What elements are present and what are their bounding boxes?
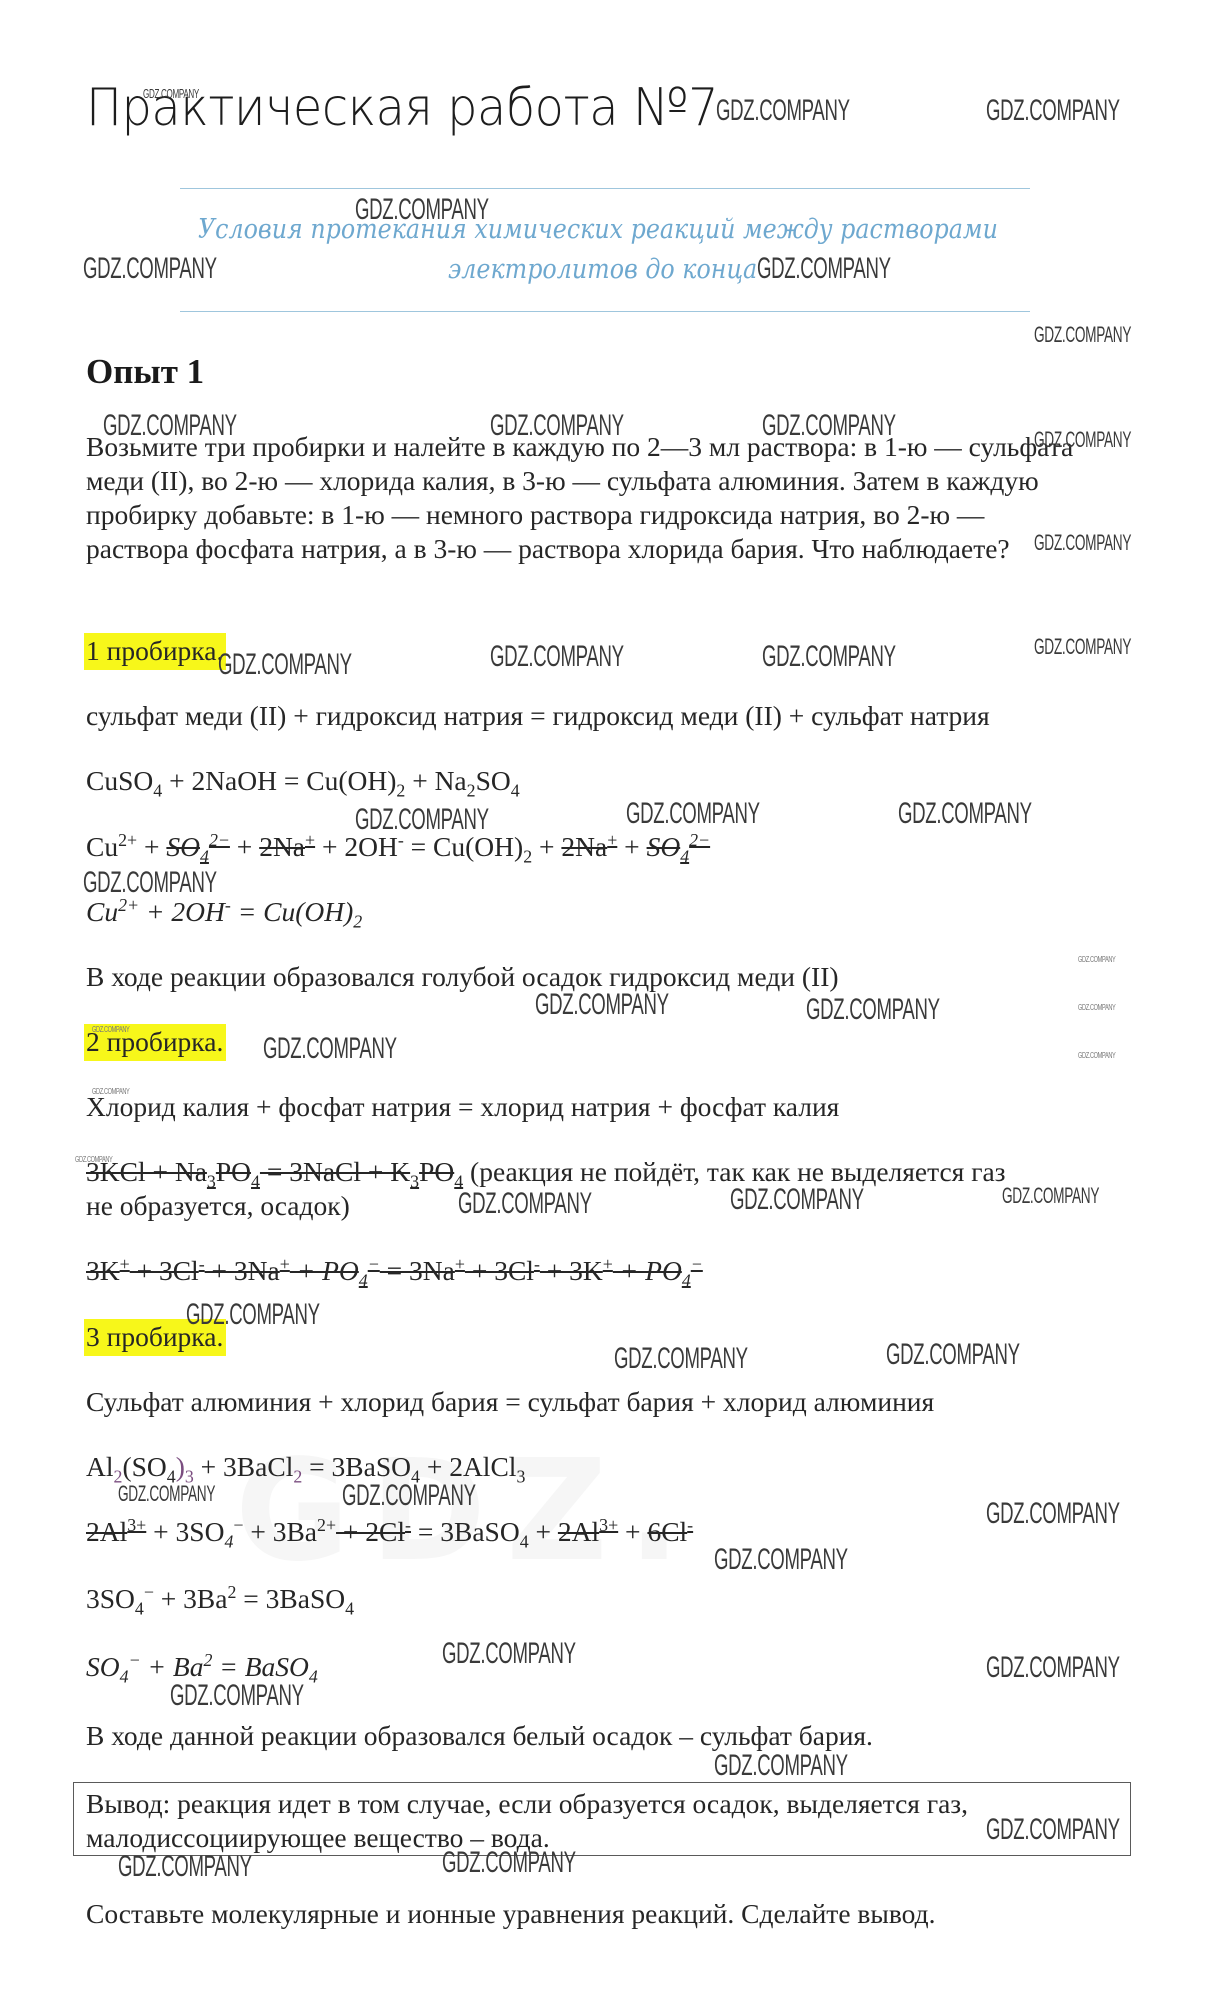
tube-1-observation: В ходе реакции образовался голубой осадо… — [86, 960, 839, 994]
document-page: GDZ. Практическая работа №7 Условия прот… — [0, 0, 1225, 2000]
tube-1-short-ionic-equation: Cu2+ + 2OH- = Cu(OH)2 — [86, 895, 362, 929]
experiment-heading: Опыт 1 — [86, 352, 204, 392]
final-task: Составьте молекулярные и ионные уравнени… — [86, 1897, 936, 1931]
watermark: GDZ.COMPANY — [898, 797, 1032, 831]
watermark: GDZ.COMPANY — [83, 252, 217, 286]
watermark: GDZ.COMPANY — [1002, 1183, 1099, 1209]
watermark: GDZ.COMPANY — [1034, 530, 1131, 556]
watermark: GDZ.COMPANY — [1078, 1051, 1115, 1060]
watermark: GDZ.COMPANY — [986, 1497, 1120, 1531]
tube-2-molecular-equation: 3KCl + Na3PO4 = 3NaCl + K3PO4 (реакция н… — [86, 1155, 1006, 1189]
subtitle-line-1: Условия протекания химических реакций ме… — [198, 214, 998, 245]
watermark: GDZ.COMPANY — [83, 866, 217, 900]
watermark: GDZ.COMPANY — [716, 94, 850, 128]
watermark: GDZ.COMPANY — [762, 409, 896, 443]
watermark: GDZ.COMPANY — [1034, 634, 1131, 660]
tube-2-word-equation: Хлорид калия + фосфат натрия = хлорид на… — [86, 1090, 839, 1124]
watermark: GDZ.COMPANY — [490, 409, 624, 443]
watermark: GDZ.COMPANY — [714, 1543, 848, 1577]
subtitle-top-rule — [180, 188, 1030, 189]
watermark: GDZ.COMPANY — [626, 797, 760, 831]
subtitle-bottom-rule — [180, 311, 1030, 312]
watermark: GDZ.COMPANY — [986, 94, 1120, 128]
watermark: GDZ.COMPANY — [1034, 427, 1131, 453]
watermark: GDZ.COMPANY — [730, 1183, 864, 1217]
watermark: GDZ.COMPANY — [714, 1749, 848, 1783]
tube-3-short-ionic-equation-1: 3SO4− + 3Ba2 = 3BaSO4 — [86, 1582, 354, 1616]
tube-3-full-ionic-equation: 2Al3+ + 3SO4− + 3Ba2+ + 2Cl- = 3BaSO4 + … — [86, 1515, 693, 1549]
watermark: GDZ.COMPANY — [355, 803, 489, 837]
tube-3-word-equation: Сульфат алюминия + хлорид бария = сульфа… — [86, 1385, 934, 1419]
watermark: GDZ.COMPANY — [458, 1187, 592, 1221]
watermark: GDZ.COMPANY — [75, 1155, 112, 1164]
watermark: GDZ.COMPANY — [186, 1298, 320, 1332]
watermark: GDZ.COMPANY — [535, 988, 669, 1022]
watermark: GDZ.COMPANY — [490, 640, 624, 674]
subtitle-line-2: электролитов до конца — [448, 254, 757, 285]
task-paragraph: Возьмите три пробирки и налейте в каждую… — [86, 430, 1086, 566]
watermark: GDZ.COMPANY — [342, 1479, 476, 1513]
watermark: GDZ.COMPANY — [442, 1637, 576, 1671]
watermark: GDZ.COMPANY — [1034, 322, 1131, 348]
watermark: GDZ.COMPANY — [103, 409, 237, 443]
watermark: GDZ.COMPANY — [806, 993, 940, 1027]
tube-1-label: 1 пробирка. — [86, 634, 226, 668]
tube-3-observation: В ходе данной реакции образовался белый … — [86, 1719, 873, 1753]
tube-2-ionic-equation: 3K+ + 3Cl- + 3Na+ + PO4− = 3Na+ + 3Cl- +… — [86, 1254, 703, 1288]
tube-1-word-equation: сульфат меди (II) + гидроксид натрия = г… — [86, 699, 990, 733]
watermark: GDZ.COMPANY — [355, 193, 489, 227]
conclusion-line-1: Вывод: реакция идет в том случае, если о… — [86, 1787, 968, 1821]
tube-1-highlight: 1 пробирка. — [84, 633, 226, 670]
watermark: GDZ.COMPANY — [614, 1342, 748, 1376]
watermark: GDZ.COMPANY — [986, 1651, 1120, 1685]
tube-2-note-continued: не образуется, осадок) — [86, 1189, 350, 1223]
watermark: GDZ.COMPANY — [1078, 955, 1115, 964]
watermark: GDZ.COMPANY — [92, 1087, 129, 1096]
watermark: GDZ.COMPANY — [218, 648, 352, 682]
watermark: GDZ.COMPANY — [118, 1481, 215, 1507]
watermark: GDZ.COMPANY — [762, 640, 896, 674]
tube-1-molecular-equation: CuSO4 + 2NaOH = Cu(OH)2 + Na2SO4 — [86, 764, 520, 798]
watermark: GDZ.COMPANY — [143, 86, 199, 101]
watermark: GDZ.COMPANY — [118, 1850, 252, 1884]
watermark: GDZ.COMPANY — [1078, 1003, 1115, 1012]
watermark: GDZ.COMPANY — [442, 1846, 576, 1880]
watermark: GDZ.COMPANY — [92, 1025, 129, 1034]
watermark: GDZ.COMPANY — [757, 252, 891, 286]
watermark: GDZ.COMPANY — [886, 1338, 1020, 1372]
watermark: GDZ.COMPANY — [170, 1679, 304, 1713]
watermark: GDZ.COMPANY — [263, 1032, 397, 1066]
watermark: GDZ.COMPANY — [986, 1813, 1120, 1847]
